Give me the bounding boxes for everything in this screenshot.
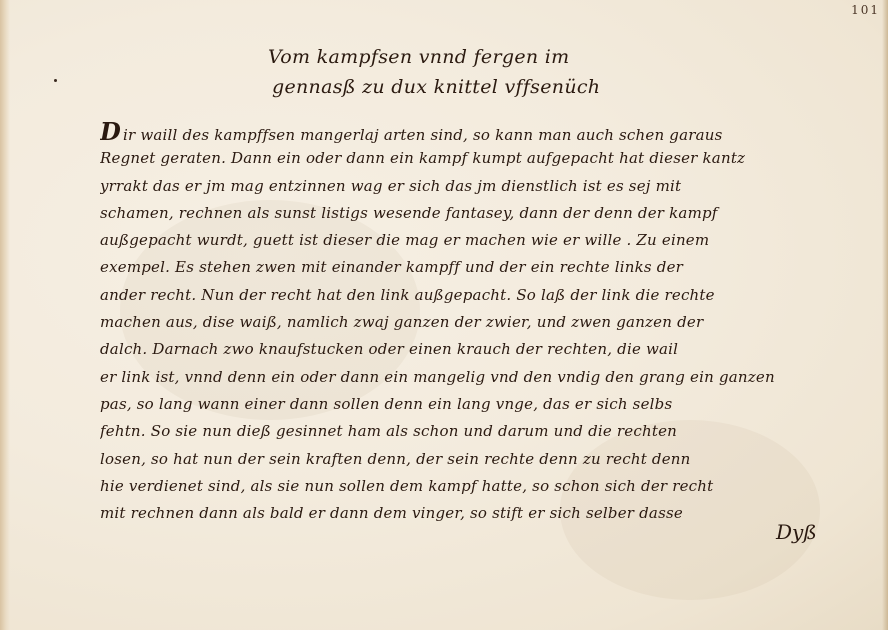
- text-line: außgepacht wurdt, guett ist dieser die m…: [100, 227, 830, 254]
- text-line: schamen, rechnen als sunst listigs wesen…: [100, 200, 830, 227]
- text-line: yrrakt das er jm mag entzinnen wag er si…: [100, 173, 830, 200]
- text-line: mit rechnen dann als bald er dann dem vi…: [100, 500, 830, 527]
- chapter-heading: Vom kampfsen vnnd fergen im gennasß zu d…: [268, 42, 628, 102]
- catchword-signature: Dyß: [776, 520, 817, 544]
- text-line: hie verdienet sind, als sie nun sollen d…: [100, 473, 830, 500]
- manuscript-page: 101 Vom kampfsen vnnd fergen im gennasß …: [0, 0, 888, 630]
- text-line: losen, so hat nun der sein kraften denn,…: [100, 446, 830, 473]
- text-line: dalch. Darnach zwo knaufstucken oder ein…: [100, 336, 830, 363]
- text-line: pas, so lang wann einer dann sollen denn…: [100, 391, 830, 418]
- text-line-content: ir waill des kampffsen mangerlaj arten s…: [123, 126, 723, 144]
- text-line: exempel. Es stehen zwen mit einander kam…: [100, 254, 830, 281]
- text-line: fehtn. So sie nun dieß gesinnet ham als …: [100, 418, 830, 445]
- heading-line: gennasß zu dux knittel vffsenüch: [268, 72, 628, 102]
- ink-speck: [54, 79, 57, 82]
- manuscript-body: Dir waill des kampffsen mangerlaj arten …: [100, 118, 830, 527]
- text-line: machen aus, dise waiß, namlich zwaj ganz…: [100, 309, 830, 336]
- folio-number: 101: [851, 3, 880, 17]
- text-line: Regnet geraten. Dann ein oder dann ein k…: [100, 145, 830, 172]
- decorated-initial: D: [100, 118, 121, 145]
- heading-line: Vom kampfsen vnnd fergen im: [268, 42, 628, 72]
- text-line: ander recht. Nun der recht hat den link …: [100, 282, 830, 309]
- text-line: Dir waill des kampffsen mangerlaj arten …: [100, 118, 830, 145]
- text-line: er link ist, vnnd denn ein oder dann ein…: [100, 364, 830, 391]
